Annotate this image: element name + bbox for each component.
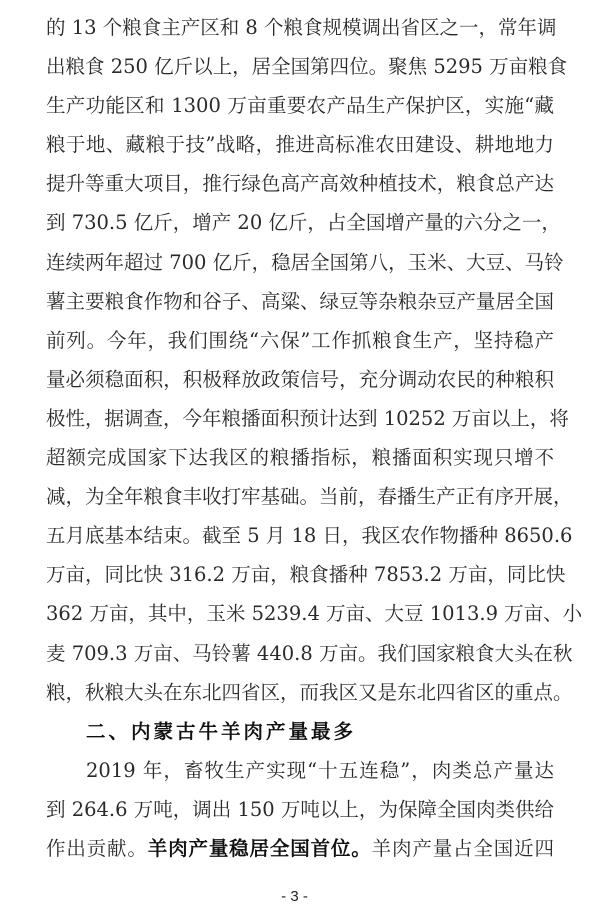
section-heading: 二、内蒙古牛羊肉产量最多: [46, 712, 554, 751]
text-line: 的 13 个粮食主产区和 8 个粮食规模调出省区之一，常年调: [46, 8, 554, 47]
text-line: 薯主要粮食作物和谷子、高粱、绿豆等杂粮杂豆产量居全国: [46, 282, 554, 321]
text-line-with-emphasis: 作出贡献。羊肉产量稳居全国首位。羊肉产量占全国近四: [46, 829, 554, 868]
text-line: 到 730.5 亿斤，增产 20 亿斤，占全国增产量的六分之一，: [46, 203, 554, 242]
text-line: 量必须稳面积，积极释放政策信号，充分调动农民的种粮积: [46, 360, 554, 399]
text-line: 减，为全年粮食丰收打牢基础。当前，春播生产正有序开展，: [46, 477, 554, 516]
page-number: - 3 -: [0, 888, 589, 905]
bold-emphasis: 羊肉产量稳居全国首位。: [148, 837, 372, 860]
text-line: 五月底基本结束。截至 5 月 18 日，我区农作物播种 8650.6: [46, 516, 554, 555]
text-span: 作出贡献。: [46, 837, 148, 860]
text-span: 羊肉产量占全国近四: [372, 837, 554, 860]
paragraph-meat-production: 2019 年，畜牧生产实现“十五连稳”，肉类总产量达 到 264.6 万吨，调出…: [46, 751, 554, 868]
text-line: 连续两年超过 700 亿斤，稳居全国第八，玉米、大豆、马铃: [46, 243, 554, 282]
text-line: 2019 年，畜牧生产实现“十五连稳”，肉类总产量达: [46, 751, 554, 790]
text-line: 超额完成国家下达我区的粮播指标，粮播面积实现只增不: [46, 438, 554, 477]
text-line: 前列。今年，我们围绕“六保”工作抓粮食生产，坚持稳产: [46, 321, 554, 360]
text-line: 极性，据调查，今年粮播面积预计达到 10252 万亩以上，将: [46, 399, 554, 438]
paragraph-grain-production: 的 13 个粮食主产区和 8 个粮食规模调出省区之一，常年调 出粮食 250 亿…: [46, 8, 554, 712]
text-line: 出粮食 250 亿斤以上，居全国第四位。聚焦 5295 万亩粮食: [46, 47, 554, 86]
text-line: 麦 709.3 万亩、马铃薯 440.8 万亩。我们国家粮食大头在秋: [46, 634, 554, 673]
text-line: 万亩，同比快 316.2 万亩，粮食播种 7853.2 万亩，同比快: [46, 555, 554, 594]
text-line: 到 264.6 万吨，调出 150 万吨以上，为保障全国肉类供给: [46, 790, 554, 829]
document-page: 的 13 个粮食主产区和 8 个粮食规模调出省区之一，常年调 出粮食 250 亿…: [46, 8, 554, 868]
text-line: 提升等重大项目，推行绿色高产高效种植技术，粮食总产达: [46, 164, 554, 203]
text-line: 粮，秋粮大头在东北四省区，而我区又是东北四省区的重点。: [46, 673, 554, 712]
text-line: 粮于地、藏粮于技”战略，推进高标准农田建设、耕地地力: [46, 125, 554, 164]
text-line: 362 万亩，其中，玉米 5239.4 万亩、大豆 1013.9 万亩、小: [46, 594, 554, 633]
text-line: 生产功能区和 1300 万亩重要农产品生产保护区，实施“藏: [46, 86, 554, 125]
